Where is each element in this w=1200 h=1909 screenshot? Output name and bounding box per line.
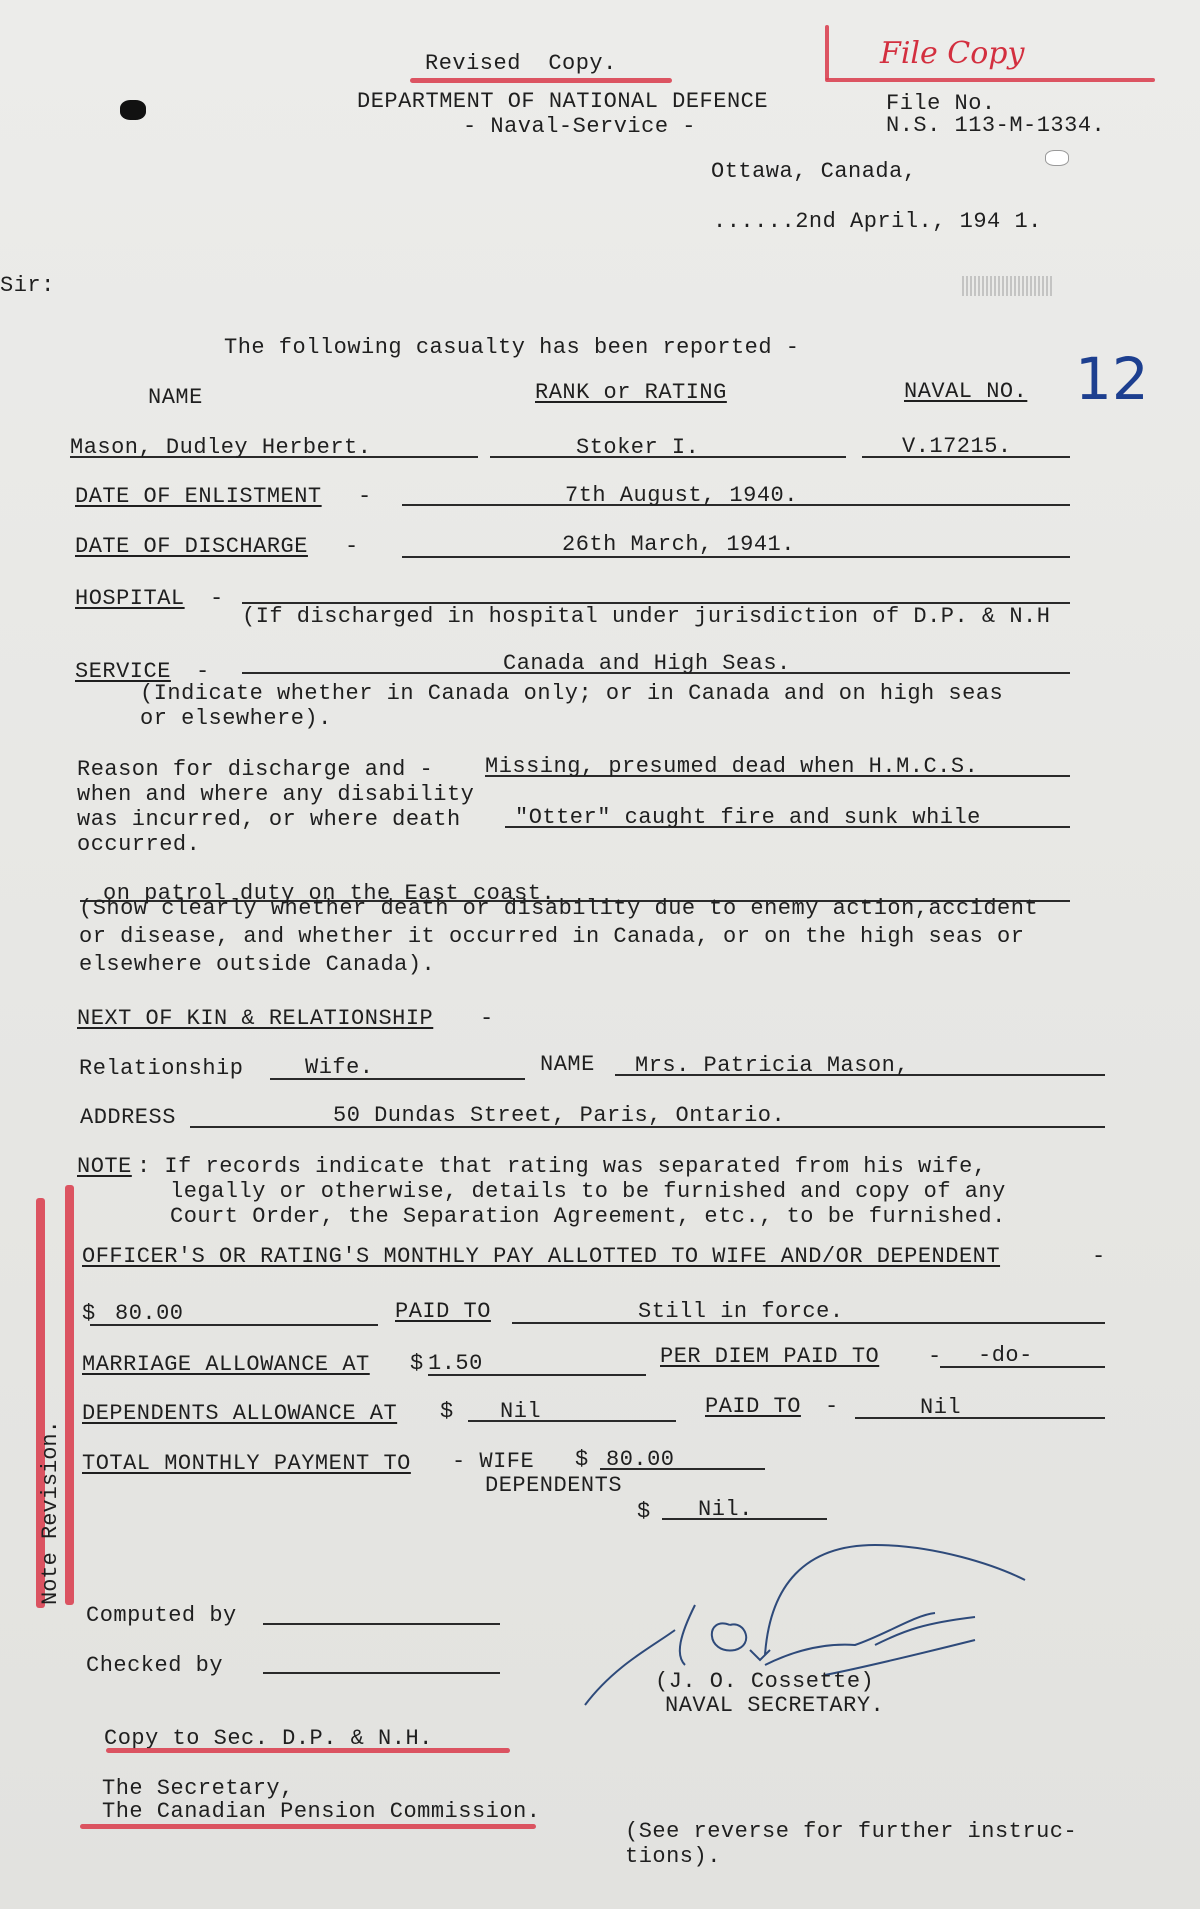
- casualty-rank: Stoker I.: [576, 436, 699, 460]
- margin-note-revision: Note Revision.: [38, 1420, 63, 1605]
- total-dependents-amount: Nil.: [698, 1498, 753, 1522]
- note-line-3: Court Order, the Separation Agreement, e…: [170, 1205, 1006, 1229]
- dash: -: [480, 1007, 494, 1031]
- currency-symbol: $: [82, 1302, 96, 1326]
- currency-symbol: $: [440, 1400, 454, 1424]
- punch-hole: [120, 100, 146, 120]
- hospital-note: (If discharged in hospital under jurisdi…: [242, 605, 1050, 629]
- reason-label-1: Reason for discharge and -: [77, 758, 433, 782]
- note-label: NOTE: [77, 1155, 132, 1179]
- hospital-label: HOSPITAL: [75, 587, 185, 611]
- reason-note-3: elsewhere outside Canada).: [79, 953, 435, 977]
- reason-value-2: "Otter" caught fire and sunk while: [515, 806, 981, 830]
- red-underline: [410, 78, 672, 83]
- casualty-naval-no: V.17215.: [902, 435, 1012, 459]
- file-copy-annotation: File Copy: [880, 36, 1024, 71]
- department-title: DEPARTMENT OF NATIONAL DEFENCE: [357, 90, 768, 114]
- document-page: Revised Copy. DEPARTMENT OF NATIONAL DEF…: [0, 0, 1200, 1909]
- name-column-header: NAME: [148, 386, 203, 410]
- address-value: 50 Dundas Street, Paris, Ontario.: [333, 1104, 785, 1128]
- nok-name-label: NAME: [540, 1053, 595, 1077]
- red-underline: [106, 1748, 510, 1753]
- per-diem-label: PER DIEM PAID TO: [660, 1345, 879, 1369]
- currency-symbol: $: [410, 1352, 424, 1376]
- dash: -: [358, 485, 372, 509]
- allotted-amount: 80.00: [115, 1302, 184, 1326]
- service-note-2: or elsewhere).: [140, 707, 332, 731]
- next-of-kin-label: NEXT OF KIN & RELATIONSHIP: [77, 1007, 433, 1031]
- total-wife-label: - WIFE: [452, 1450, 534, 1474]
- margin-red-line-right: [65, 1185, 74, 1605]
- handwritten-number: 12: [1075, 345, 1149, 413]
- faded-stamp: [962, 276, 1054, 296]
- allotted-pay-label: OFFICER'S OR RATING'S MONTHLY PAY ALLOTT…: [82, 1245, 1000, 1269]
- service-note-1: (Indicate whether in Canada only; or in …: [140, 682, 1003, 706]
- punch-hole: [1045, 150, 1069, 166]
- computed-by-label: Computed by: [86, 1604, 237, 1628]
- enlistment-label: DATE OF ENLISTMENT: [75, 485, 322, 509]
- discharge-label: DATE OF DISCHARGE: [75, 535, 308, 559]
- marriage-amount: 1.50: [428, 1352, 483, 1376]
- total-dependents-label: DEPENDENTS: [485, 1474, 622, 1498]
- relationship-value: Wife.: [305, 1056, 374, 1080]
- note-line-1: : If records indicate that rating was se…: [137, 1155, 987, 1179]
- signatory-name: (J. O. Cossette): [655, 1670, 874, 1694]
- naval-no-column-header: NAVAL NO.: [904, 380, 1027, 404]
- dash: -: [210, 587, 224, 611]
- recipient-line-2: The Canadian Pension Commission.: [102, 1800, 540, 1824]
- computed-by-underline: [263, 1623, 500, 1625]
- total-wife-amount: 80.00: [606, 1448, 675, 1472]
- red-underline: [80, 1824, 536, 1829]
- rank-column-header: RANK or RATING: [535, 381, 727, 405]
- casualty-name: Mason, Dudley Herbert.: [70, 436, 371, 460]
- dependents-paid-to-underline: [855, 1417, 1105, 1419]
- reason-note-1: (Show clearly whether death or disabilit…: [79, 897, 1038, 921]
- checked-by-label: Checked by: [86, 1654, 223, 1678]
- recipient-line-1: The Secretary,: [102, 1777, 294, 1801]
- date: ......2nd April., 194 1.: [713, 210, 1042, 234]
- paid-to-label: PAID TO: [395, 1300, 491, 1324]
- note-line-2: legally or otherwise, details to be furn…: [170, 1180, 1006, 1204]
- location: Ottawa, Canada,: [711, 160, 917, 184]
- discharge-value: 26th March, 1941.: [562, 533, 795, 557]
- checked-by-underline: [263, 1672, 500, 1674]
- reason-value-1: Missing, presumed dead when H.M.C.S.: [485, 755, 978, 779]
- reason-label-4: occurred.: [77, 833, 200, 857]
- enlistment-value: 7th August, 1940.: [565, 484, 798, 508]
- dash: -: [825, 1395, 839, 1419]
- dash: -: [1092, 1245, 1106, 1269]
- dependents-allowance-label: DEPENDENTS ALLOWANCE AT: [82, 1402, 397, 1426]
- intro-text: The following casualty has been reported…: [224, 336, 800, 360]
- dash: -: [345, 535, 359, 559]
- relationship-label: Relationship: [79, 1057, 243, 1081]
- dependents-paid-to-value: Nil: [920, 1396, 961, 1420]
- marriage-allowance-label: MARRIAGE ALLOWANCE AT: [82, 1353, 370, 1377]
- service-value: Canada and High Seas.: [503, 652, 791, 676]
- total-payment-label: TOTAL MONTHLY PAYMENT TO: [82, 1452, 411, 1476]
- salutation: Sir:: [0, 274, 55, 298]
- reverse-note-line-2: tions).: [625, 1845, 721, 1869]
- paid-to-value: Still in force.: [638, 1300, 844, 1324]
- dependents-amount: Nil: [500, 1400, 541, 1424]
- dependents-paid-to-label: PAID TO: [705, 1395, 801, 1419]
- currency-symbol: $: [637, 1500, 651, 1524]
- reason-label-2: when and where any disability: [77, 783, 474, 807]
- file-no-value: N.S. 113-M-1334.: [886, 114, 1105, 138]
- per-diem-value: -do-: [978, 1344, 1033, 1368]
- red-bracket-horizontal: [825, 78, 1155, 82]
- service-subtitle: - Naval-Service -: [463, 115, 696, 139]
- reason-note-2: or disease, and whether it occurred in C…: [79, 925, 1024, 949]
- reason-label-3: was incurred, or where death: [77, 808, 461, 832]
- red-bracket-vertical: [825, 25, 829, 80]
- currency-symbol: $: [575, 1448, 589, 1472]
- signatory-title: NAVAL SECRETARY.: [665, 1694, 884, 1718]
- address-label: ADDRESS: [80, 1106, 176, 1130]
- reverse-note-line-1: (See reverse for further instruc-: [625, 1820, 1077, 1844]
- nok-name-value: Mrs. Patricia Mason,: [635, 1054, 909, 1078]
- revised-copy-label: Revised Copy.: [425, 52, 617, 76]
